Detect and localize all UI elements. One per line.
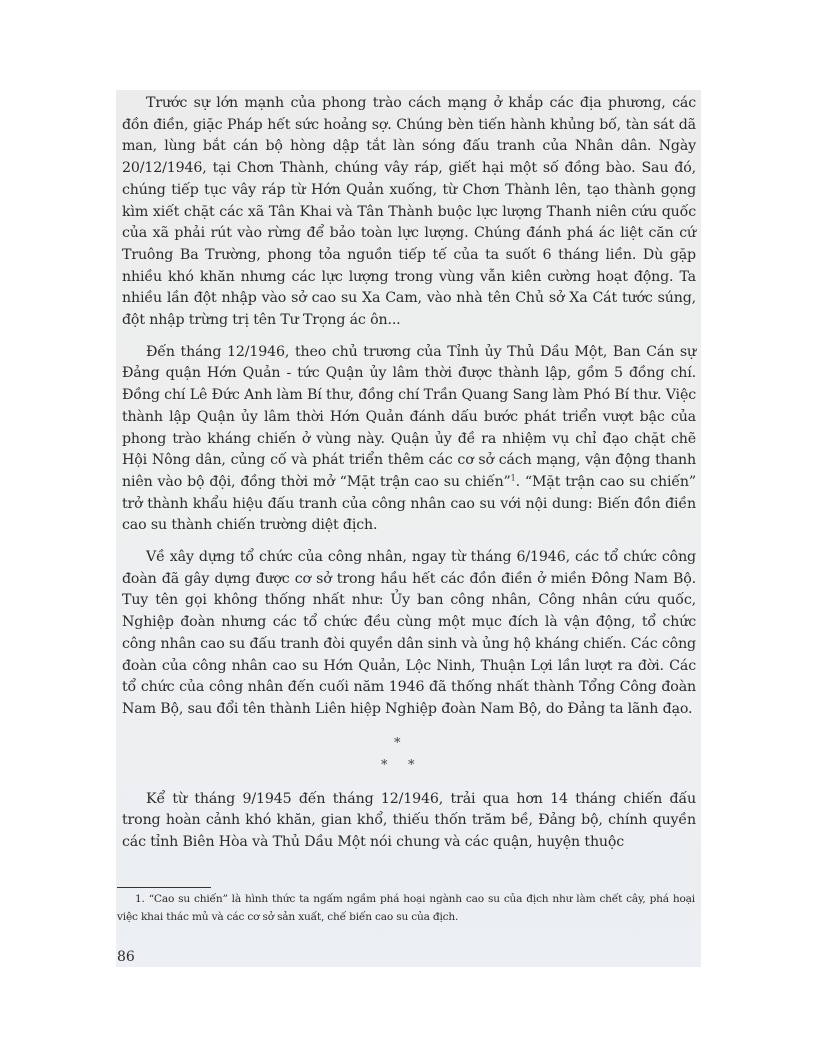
paragraph-4: Kể từ tháng 9/1945 đến tháng 12/1946, tr… — [122, 789, 696, 854]
paragraph-2: Đến tháng 12/1946, theo chủ trương của T… — [122, 342, 696, 537]
section-break-star: * — [394, 733, 400, 755]
section-break: * * * — [122, 731, 696, 789]
section-break-star: * — [408, 755, 414, 777]
page-number: 86 — [117, 949, 135, 965]
footnote-divider — [117, 887, 211, 888]
paragraph-3: Về xây dựng tổ chức của công nhân, ngay … — [122, 547, 696, 721]
paragraph-2-text: Đến tháng 12/1946, theo chủ trương của T… — [122, 344, 696, 490]
footnote: 1. “Cao su chiến” là hình thức ta ngấm n… — [117, 890, 695, 926]
footnote-text: 1. “Cao su chiến” là hình thức ta ngấm n… — [117, 890, 695, 926]
body-text: Trước sự lớn mạnh của phong trào cách mạ… — [122, 93, 696, 864]
section-break-star: * — [381, 755, 387, 777]
paragraph-1: Trước sự lớn mạnh của phong trào cách mạ… — [122, 93, 696, 332]
